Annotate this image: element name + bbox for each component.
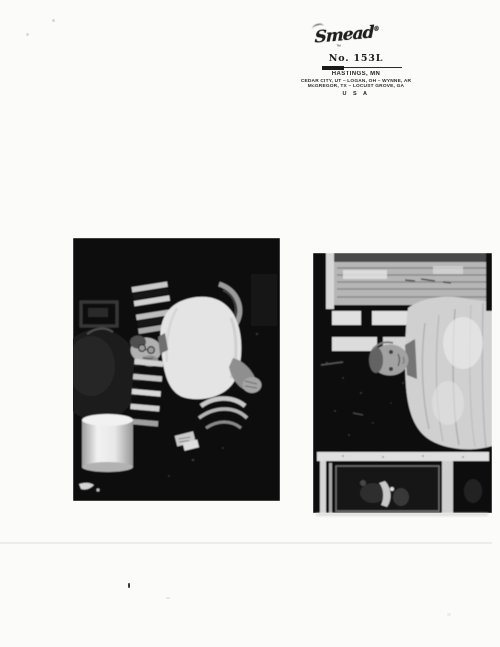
trademark-mark: ™: [336, 44, 341, 50]
stamp-city-line: HASTINGS, MN: [296, 71, 416, 77]
photo1-lampshade-cylinder: [82, 414, 133, 472]
smead-stamp: Smead® ™ No. 153L HASTINGS, MN CEDAR CIT…: [296, 24, 416, 104]
scan-speck: [52, 19, 55, 22]
photo1-white-shirt: [160, 297, 241, 399]
photo-seated-man: [73, 238, 280, 501]
photo2-window-band: [334, 253, 492, 305]
photo-standing-man: [313, 253, 492, 513]
photo2-lower-windows: [313, 461, 492, 513]
scan-speck: [128, 583, 130, 588]
scan-speck: [166, 597, 170, 599]
divider-thick-segment: [322, 66, 344, 70]
scanned-page: Smead® ™ No. 153L HASTINGS, MN CEDAR CIT…: [0, 0, 500, 647]
scan-artifact-line: [0, 542, 492, 544]
stamp-number: No. 153L: [296, 53, 416, 64]
brand-name: Smead: [314, 23, 373, 48]
scan-speck: [26, 33, 29, 36]
stamp-plants-line-2: McGREGOR, TX – LOCUST GROVE, GA: [298, 83, 413, 89]
photo2-light-shirt: [405, 297, 492, 450]
stamp-divider: [322, 66, 406, 70]
photo1-striped-armrest: [129, 359, 164, 427]
scan-speck: [447, 613, 451, 616]
stamp-country: U S A: [296, 91, 416, 97]
registered-mark: ®: [373, 25, 379, 33]
divider-thin-segment: [344, 67, 402, 68]
photo2-scan-shadow: [316, 513, 488, 516]
